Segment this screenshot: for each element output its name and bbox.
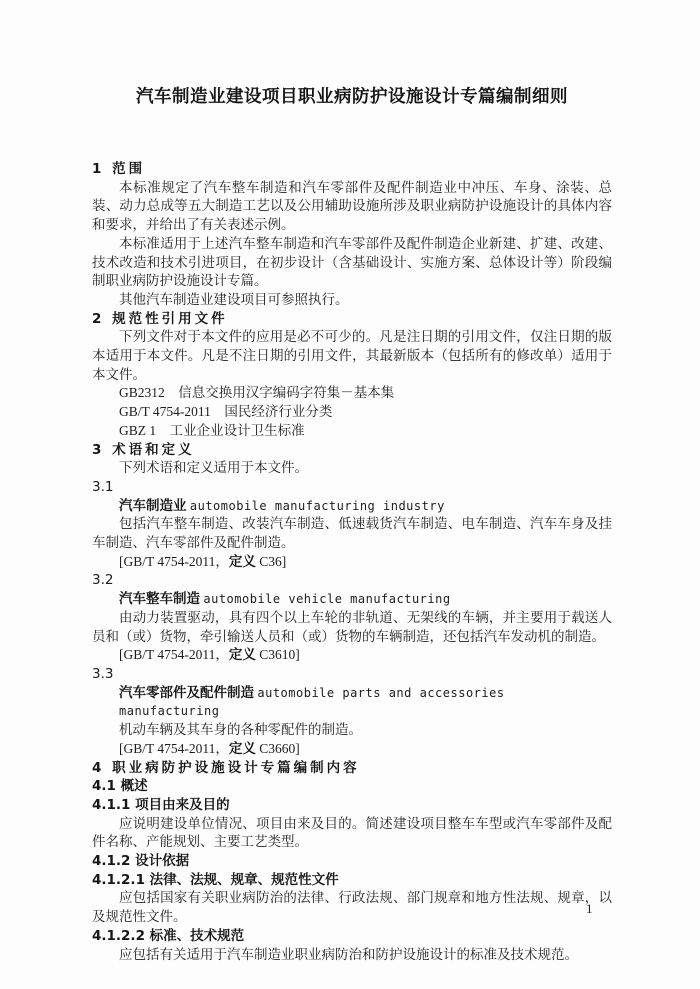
term-english: automobile vehicle manufacturing — [203, 592, 450, 606]
term-english: automobile manufacturing industry — [190, 499, 445, 513]
source-suffix: C3610] — [256, 647, 300, 662]
reference-item: GB/T 4754-2011 国民经济行业分类 — [92, 403, 612, 422]
source-prefix: [GB/T 4754-2011， — [119, 554, 229, 569]
section-heading-normative-references: 2 规范性引用文件 — [92, 310, 612, 329]
paragraph: 本标准适用于上述汽车整车制造和汽车零部件及配件制造企业新建、扩建、改建、技术改造… — [92, 235, 612, 291]
source-suffix: C36] — [256, 554, 286, 569]
paragraph: 本标准规定了汽车整车制造和汽车零部件及配件制造业中冲压、车身、涂装、总装、动力总… — [92, 179, 612, 235]
paragraph: 应包括有关适用于汽车制造业职业病防治和防护设施设计的标准及技术规范。 — [92, 946, 612, 965]
subsection-heading: 4.1.2 设计依据 — [92, 852, 612, 871]
source-suffix: C3660] — [256, 741, 300, 756]
section-heading-terms: 3 术语和定义 — [92, 441, 612, 460]
source-line: [GB/T 4754-2011，定义 C3610] — [92, 646, 612, 665]
document-page: 汽车制造业建设项目职业病防护设施设计专篇编制细则 1 范围 本标准规定了汽车整车… — [0, 0, 700, 989]
reference-item: GBZ 1 工业企业设计卫生标准 — [92, 422, 612, 441]
paragraph: 应说明建设单位情况、项目由来及目的。简述建设项目整车车型或汽车零部件及配件名称、… — [92, 815, 612, 852]
document-content: 汽车制造业建设项目职业病防护设施设计专篇编制细则 1 范围 本标准规定了汽车整车… — [92, 84, 612, 964]
term-line: 汽车制造业 automobile manufacturing industry — [92, 497, 612, 516]
source-label: 定义 — [229, 741, 256, 757]
paragraph: 其他汽车制造业建设项目可参照执行。 — [92, 291, 612, 310]
term-number: 3.3 — [92, 665, 612, 684]
source-label: 定义 — [229, 554, 256, 570]
term-line: 汽车整车制造 automobile vehicle manufacturing — [92, 590, 612, 609]
source-prefix: [GB/T 4754-2011， — [119, 741, 229, 756]
term-number: 3.2 — [92, 571, 612, 590]
term-line: 汽车零部件及配件制造 automobile parts and accessor… — [92, 684, 612, 721]
paragraph: 机动车辆及其车身的各种零配件的制造。 — [92, 721, 612, 740]
term-chinese: 汽车零部件及配件制造 — [119, 685, 254, 701]
subsection-heading: 4.1.2.1 法律、法规、规章、规范性文件 — [92, 871, 612, 890]
paragraph: 下列文件对于本文件的应用是必不可少的。凡是注日期的引用文件，仅注日期的版本适用于… — [92, 328, 612, 384]
paragraph: 由动力装置驱动，具有四个以上车轮的非轨道、无架线的车辆，并主要用于载送人员和（或… — [92, 609, 612, 646]
term-chinese: 汽车整车制造 — [119, 591, 200, 607]
subsection-heading: 4.1.2.2 标准、技术规范 — [92, 927, 612, 946]
source-label: 定义 — [229, 647, 256, 663]
section-heading-content: 4 职业病防护设施设计专篇编制内容 — [92, 759, 612, 778]
source-line: [GB/T 4754-2011，定义 C3660] — [92, 740, 612, 759]
subsection-heading: 4.1 概述 — [92, 777, 612, 796]
reference-item: GB2312 信息交换用汉字编码字符集－基本集 — [92, 384, 612, 403]
section-heading-scope: 1 范围 — [92, 160, 612, 179]
term-number: 3.1 — [92, 478, 612, 497]
document-title: 汽车制造业建设项目职业病防护设施设计专篇编制细则 — [92, 84, 612, 110]
subsection-heading: 4.1.1 项目由来及目的 — [92, 796, 612, 815]
paragraph: 下列术语和定义适用于本文件。 — [92, 459, 612, 478]
source-line: [GB/T 4754-2011，定义 C36] — [92, 553, 612, 572]
paragraph: 包括汽车整车制造、改装汽车制造、低速载货汽车制造、电车制造、汽车车身及挂车制造、… — [92, 515, 612, 552]
paragraph: 应包括国家有关职业病防治的法律、行政法规、部门规章和地方性法规、规章，以及规范性… — [92, 889, 612, 926]
page-number: 1 — [586, 901, 593, 917]
term-chinese: 汽车制造业 — [119, 498, 187, 514]
source-prefix: [GB/T 4754-2011， — [119, 647, 229, 662]
